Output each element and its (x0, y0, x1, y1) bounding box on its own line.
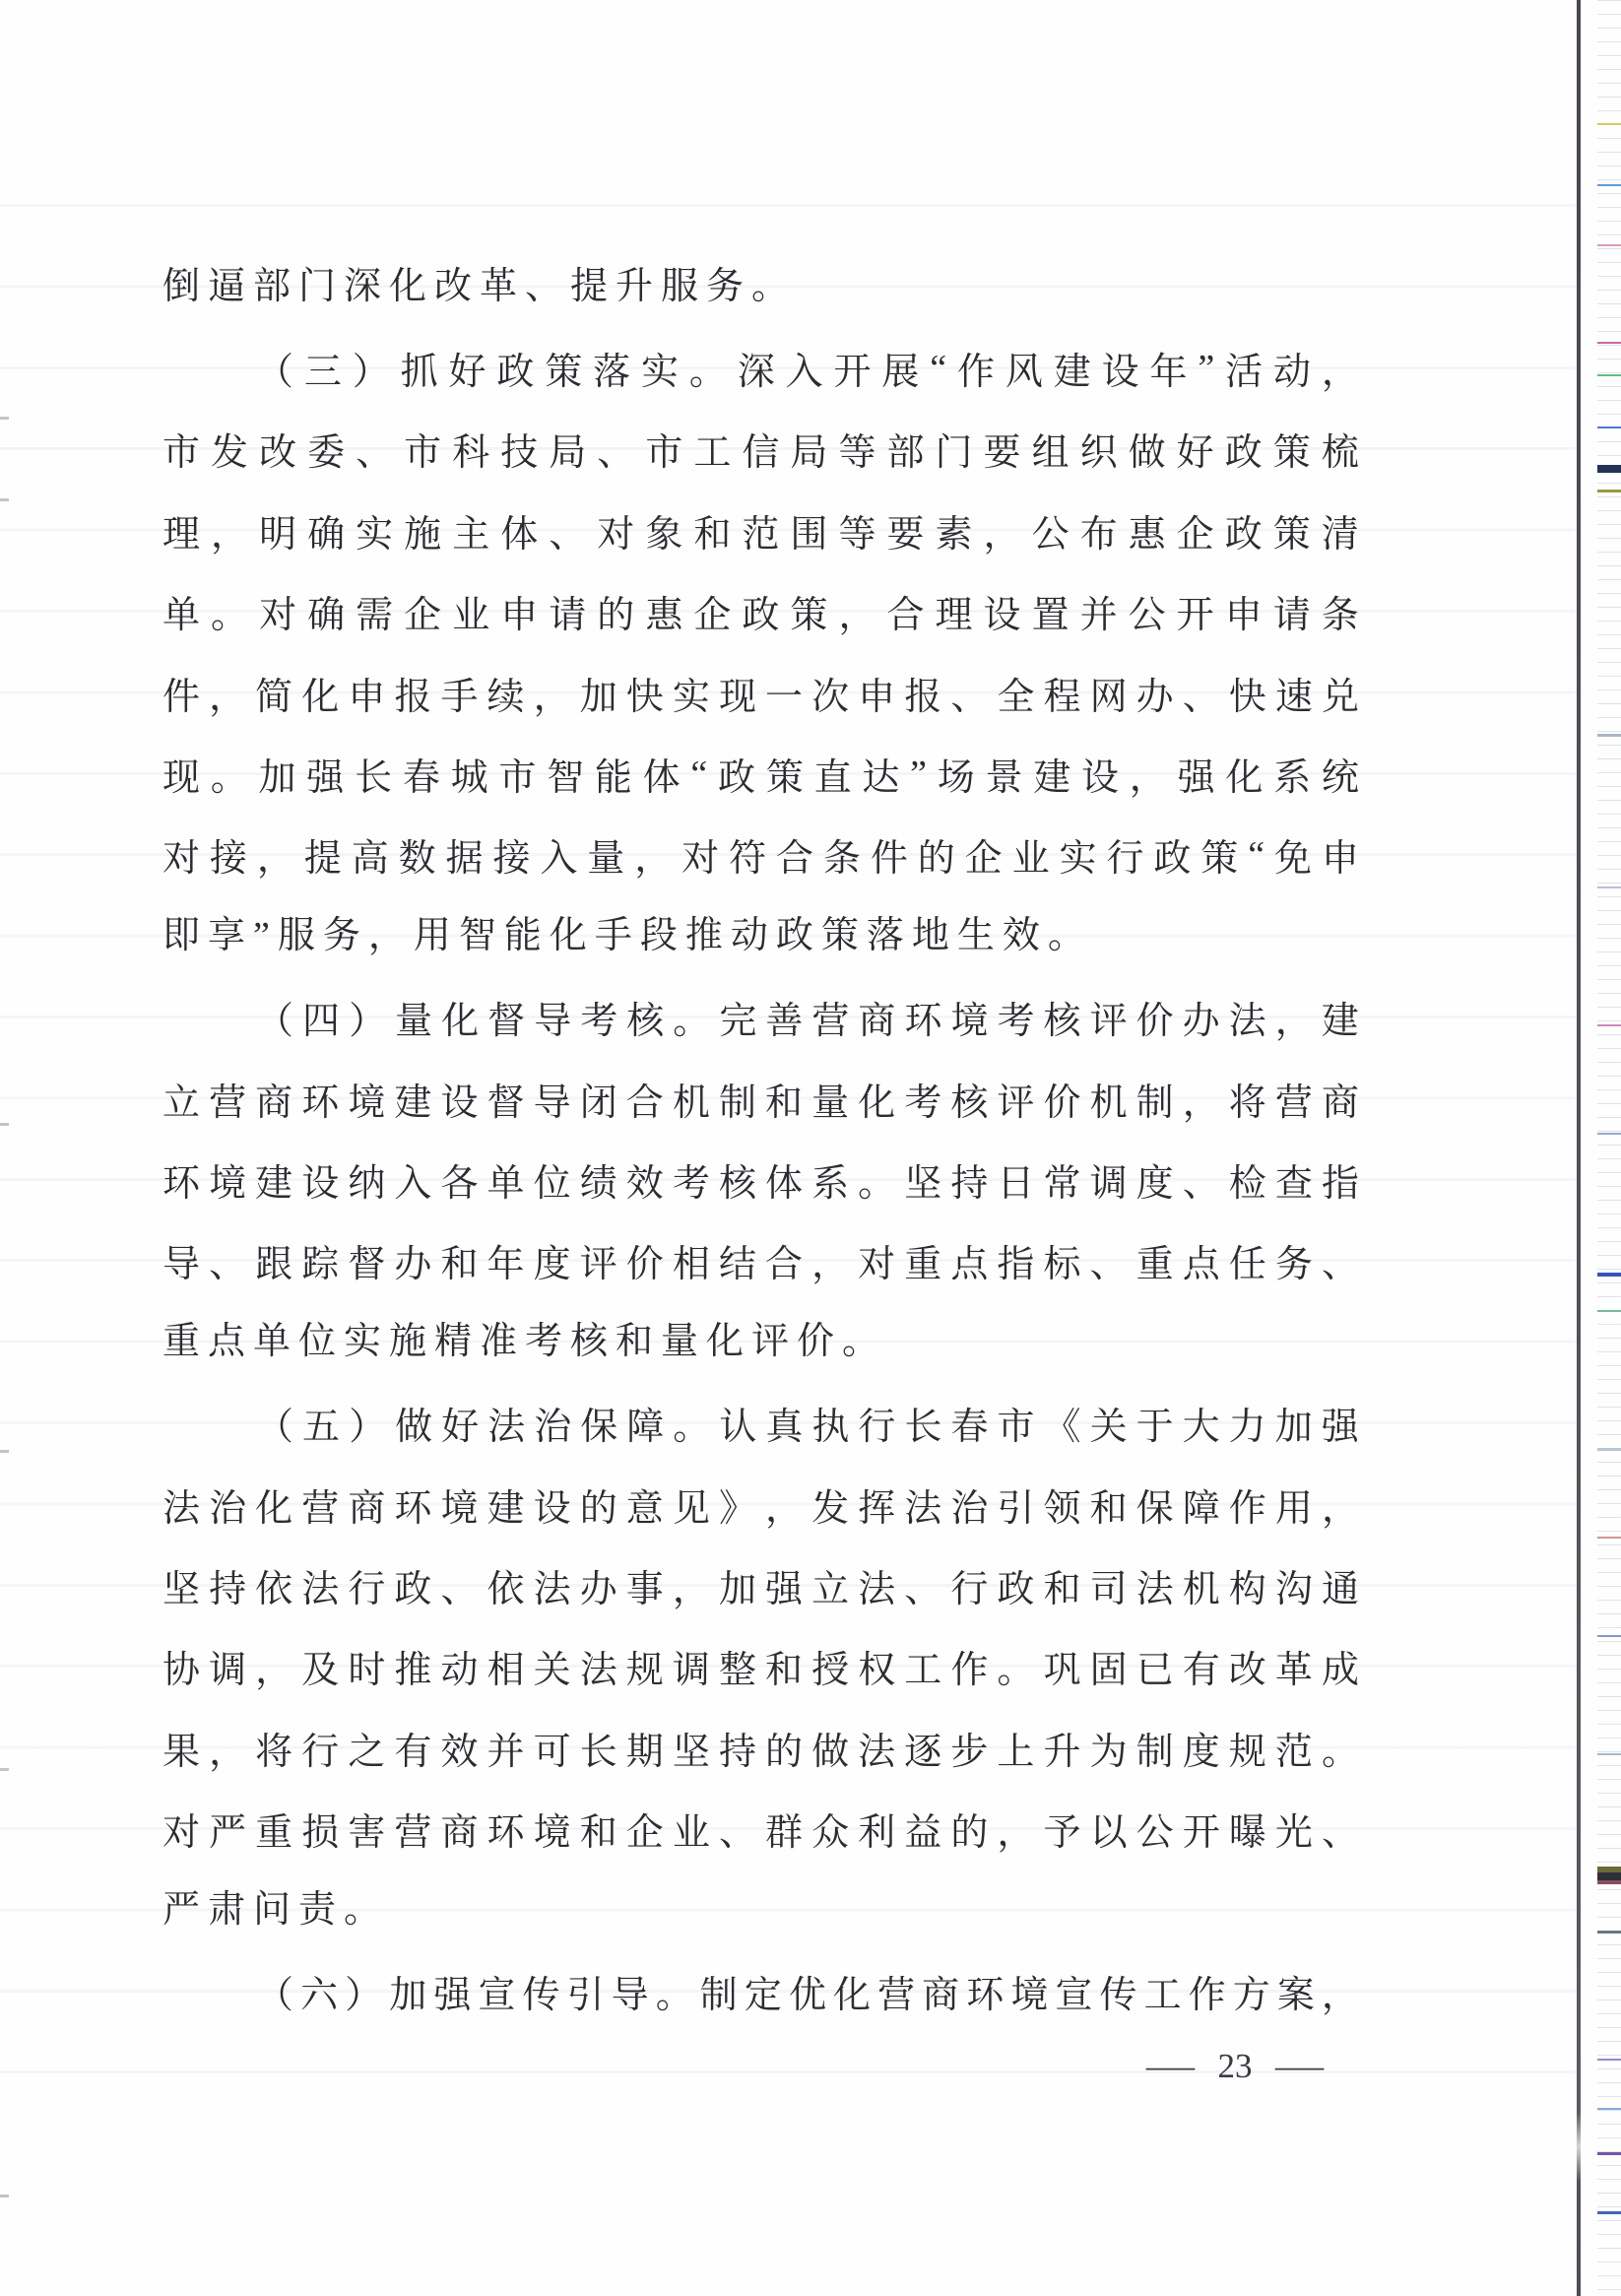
text-char: 指 (1322, 1152, 1359, 1207)
text-char: 境 (440, 1477, 478, 1532)
text-char: 利 (858, 1802, 895, 1856)
text-char: 逐 (904, 1721, 941, 1775)
text-char: 营 (394, 1802, 431, 1856)
text-char: 和 (765, 1639, 803, 1693)
text-char: 坚 (904, 1152, 941, 1207)
text-char: 信 (742, 422, 779, 476)
text-char: 予 (1043, 1802, 1080, 1856)
text-char: 法 (904, 1477, 941, 1532)
text-char: 、 (1183, 666, 1220, 720)
text-char: 强 (1322, 1396, 1359, 1450)
text-line: 理，明确实施主体、对象和范围等要素，公布惠企政策清 (162, 490, 1359, 570)
text-char: 光 (1275, 1802, 1313, 1856)
text-char: 量 (587, 827, 624, 882)
text-char: 单 (487, 1152, 525, 1207)
text-char: 考 (580, 990, 617, 1044)
page-number-value: 23 (1218, 2047, 1253, 2086)
text-char: 制 (1136, 1072, 1174, 1126)
text-char: 。 (656, 1964, 693, 2018)
text-char: 商 (1322, 1072, 1359, 1126)
text-char: 政 (718, 747, 755, 801)
text-char: ， (1130, 747, 1167, 801)
text-char: 和 (765, 1072, 803, 1126)
text-char: 加 (1275, 1396, 1313, 1450)
text-char: 网 (1090, 666, 1128, 720)
text-char: 作 (1229, 1477, 1266, 1532)
text-line: 倒逼部门深化改革、提升服务。 (162, 246, 1359, 327)
text-char: 作 (957, 341, 995, 395)
text-char: 象 (645, 503, 682, 558)
text-char: 明 (259, 503, 296, 558)
text-char: 标 (1043, 1233, 1080, 1287)
text-char: 确 (307, 584, 345, 638)
text-char: 建 (255, 1152, 292, 1207)
text-char: 请 (1273, 584, 1311, 638)
text-char: 跟 (255, 1233, 292, 1287)
text-char: 督 (348, 1233, 385, 1287)
text-char: 全 (997, 666, 1034, 720)
text-char: 度 (534, 1233, 571, 1287)
text-line: 对接，提高数据接入量，对符合条件的企业实行政策“免申 (162, 815, 1359, 895)
text-char: ， (1183, 1072, 1220, 1126)
text-line: 环境建设纳入各单位绩效考核体系。坚持日常调度、检查指 (162, 1139, 1359, 1219)
text-char: ， (673, 1558, 710, 1612)
page-number: — 23 — (1153, 2047, 1317, 2086)
text-char: 。 (673, 990, 710, 1044)
text-char: 申 (348, 666, 385, 720)
text-char: 入 (540, 827, 577, 882)
text-char: 报 (904, 666, 941, 720)
text-char: 环 (904, 990, 941, 1044)
text-char: 传 (522, 1964, 559, 2018)
text-char: 巩 (1043, 1639, 1080, 1693)
text-char: 办 (1136, 666, 1174, 720)
text-char: 。 (1322, 1721, 1359, 1775)
text-char: 体 (643, 747, 681, 801)
text-char: 制 (719, 1072, 756, 1126)
text-char: 做 (1129, 422, 1166, 476)
text-char: 已 (1136, 1639, 1174, 1693)
text-char: 现 (719, 666, 756, 720)
text-char: 法 (1229, 990, 1266, 1044)
text-char: 化 (255, 1477, 292, 1532)
text-char: ， (534, 666, 571, 720)
text-char: 景 (986, 747, 1023, 801)
text-char: 统 (1322, 747, 1359, 801)
text-char: 权 (858, 1639, 895, 1693)
text-char: 申 (500, 584, 538, 638)
text-line: 即享”服务，用智能化手段推动政策落地生效。 (162, 895, 1359, 976)
text-char: 实 (641, 341, 679, 395)
text-char: 传 (1099, 1964, 1136, 2018)
text-char: ， (1322, 1964, 1359, 2018)
text-char: 合 (886, 584, 924, 638)
text-char: 实 (673, 666, 710, 720)
text-char: 围 (790, 503, 827, 558)
text-char: 》 (719, 1477, 756, 1532)
scan-speck (0, 417, 9, 420)
text-char: 企 (626, 1802, 664, 1856)
text-char: ， (811, 1233, 849, 1287)
text-char: 宣 (478, 1964, 515, 2018)
text-char: 推 (394, 1639, 431, 1693)
text-char: 环 (966, 1964, 1004, 2018)
text-line: 严肃问责。 (162, 1870, 1359, 1950)
text-char: 次 (811, 666, 849, 720)
text-char: 度 (1136, 1152, 1174, 1207)
text-char: 商 (348, 1477, 385, 1532)
text-char: 织 (1080, 422, 1118, 476)
text-char: ， (1275, 990, 1313, 1044)
text-char: 市 (498, 747, 536, 801)
text-char: 体 (765, 1152, 803, 1207)
text-char: 依 (487, 1558, 525, 1612)
text-char: 益 (904, 1802, 941, 1856)
text-char: 体 (500, 503, 538, 558)
text-char: 以 (1090, 1802, 1128, 1856)
text-char: 损 (301, 1802, 339, 1856)
text-char: ， (209, 666, 246, 720)
text-char: 构 (1229, 1558, 1266, 1612)
text-char: 作 (1189, 1964, 1226, 2018)
scan-speck (0, 2195, 9, 2198)
text-char: 开 (834, 341, 872, 395)
text-char: 持 (209, 1558, 246, 1612)
text-char: 度 (1183, 1721, 1220, 1775)
text-char: 五 (302, 1396, 340, 1450)
text-char: 上 (997, 1721, 1034, 1775)
text-char: 群 (765, 1802, 803, 1856)
text-char: 行 (950, 1558, 988, 1612)
text-char: 发 (811, 1477, 849, 1532)
text-char: ” (1198, 347, 1214, 390)
text-char: 于 (1136, 1396, 1174, 1450)
text-char: 量 (811, 1072, 849, 1126)
text-char: 革 (1275, 1639, 1313, 1693)
text-char: 工 (693, 422, 731, 476)
text-char: 将 (255, 1721, 292, 1775)
text-char: 。 (211, 747, 248, 801)
text-char: 营 (1275, 1072, 1313, 1126)
text-char: 。 (689, 341, 727, 395)
text-char: 持 (950, 1152, 988, 1207)
text-char: 简 (255, 666, 292, 720)
text-char: 和 (1043, 1558, 1080, 1612)
text-char: ” (910, 753, 927, 796)
scan-speck (0, 1123, 9, 1126)
text-char: 达 (862, 747, 899, 801)
text-char: 业 (673, 1802, 710, 1856)
text-char: 纳 (348, 1152, 385, 1207)
text-char: 动 (1273, 341, 1311, 395)
text-char: 合 (765, 1233, 803, 1287)
text-char: 化 (1225, 747, 1263, 801)
text-char: 调 (209, 1639, 246, 1693)
text-char: 。 (673, 1396, 710, 1450)
text-char: 改 (259, 422, 296, 476)
text-char: 评 (997, 1072, 1034, 1126)
text-char: 、 (1322, 1802, 1359, 1856)
text-char: 办 (580, 1558, 617, 1612)
text-char: 、 (549, 503, 586, 558)
text-char: 挥 (858, 1477, 895, 1532)
text-char: 法 (162, 1477, 200, 1532)
text-char: 固 (1090, 1639, 1128, 1693)
text-char: 抓 (401, 341, 438, 395)
text-char: 业 (1012, 827, 1050, 882)
text-char: 数 (399, 827, 436, 882)
text-char: ， (984, 503, 1021, 558)
text-char: 机 (1090, 1072, 1128, 1126)
text-char: 治 (209, 1477, 246, 1532)
text-char: 提 (304, 827, 342, 882)
text-char: “ (1248, 833, 1264, 877)
text-char: 展 (881, 341, 919, 395)
text-char: 方 (1233, 1964, 1270, 2018)
text-char: 法 (858, 1558, 895, 1612)
text-char: 的 (580, 1477, 617, 1532)
text-char: 优 (789, 1964, 826, 2018)
text-char: 导 (534, 990, 571, 1044)
text-line: 导、跟踪督办和年度评价相结合，对重点指标、重点任务、 (162, 1220, 1359, 1301)
text-char: 、 (597, 422, 634, 476)
text-char: 为 (1090, 1721, 1128, 1775)
scan-speck (0, 1768, 9, 1771)
text-char: 条 (1322, 584, 1359, 638)
text-char: ） (345, 1964, 382, 2018)
text-char: 申 (1225, 584, 1263, 638)
text-char: “ (930, 347, 946, 390)
text-char: 导 (162, 1233, 200, 1287)
text-char: 治 (534, 1396, 571, 1450)
text-char: 立 (811, 1558, 849, 1612)
text-char: 程 (1043, 666, 1080, 720)
text-char: 好 (1177, 422, 1214, 476)
text-char: 。 (858, 1152, 895, 1207)
text-char: 商 (858, 990, 895, 1044)
text-char: 调 (673, 1639, 710, 1693)
text-char: 常 (1043, 1152, 1080, 1207)
text-char: 落 (593, 341, 630, 395)
text-char: 清 (1322, 503, 1359, 558)
text-char: 营 (301, 1477, 339, 1532)
text-char: 、 (440, 1558, 478, 1612)
text-char: 成 (1322, 1639, 1359, 1693)
text-char: 考 (673, 1152, 710, 1207)
text-char: 法 (1136, 1558, 1174, 1612)
text-char: 闭 (580, 1072, 617, 1126)
text-char: 、 (719, 1802, 756, 1856)
text-char: 价 (626, 1233, 664, 1287)
text-char: 行 (858, 1396, 895, 1450)
text-char: 持 (719, 1721, 756, 1775)
text-char: 政 (496, 341, 534, 395)
text-line: （六）加强宣传引导。制定优化营商环境宣传工作方案， (162, 1950, 1359, 2031)
text-char: 境 (534, 1802, 571, 1856)
text-char: 单 (162, 584, 200, 638)
text-char: 入 (394, 1152, 431, 1207)
text-char: 境 (348, 1072, 385, 1126)
text-char: 环 (487, 1802, 525, 1856)
text-char: 、 (209, 1233, 246, 1287)
text-char: 政 (1225, 422, 1263, 476)
text-line: 现。加强长春城市智能体“政策直达”场景建设，强化系统 (162, 733, 1359, 814)
text-char: 续 (487, 666, 525, 720)
text-char: 对 (259, 584, 296, 638)
text-char: 公 (1129, 584, 1166, 638)
text-char: 设 (1102, 341, 1139, 395)
text-char: 评 (580, 1233, 617, 1287)
text-char: 任 (1229, 1233, 1266, 1287)
text-char: 法 (858, 1721, 895, 1775)
text-char: 案 (1277, 1964, 1315, 2018)
text-char: 日 (997, 1152, 1034, 1207)
text-char: 核 (719, 1152, 756, 1207)
text-char: 素 (936, 503, 973, 558)
text-char: 机 (673, 1072, 710, 1126)
text-char: 加 (580, 666, 617, 720)
text-char: 春 (950, 1396, 988, 1450)
text-char: 局 (790, 422, 827, 476)
text-char: 法 (301, 1558, 339, 1612)
text-char: 市 (998, 1396, 1035, 1450)
text-char: 业 (452, 584, 489, 638)
scanned-page: 倒逼部门深化改革、提升服务。（三）抓好政策落实。深入开展“作风建设年”活动，市发… (0, 0, 1621, 2296)
text-char: 有 (1183, 1639, 1220, 1693)
text-char: 完 (719, 990, 756, 1044)
text-char: 引 (567, 1964, 605, 2018)
text-char: 整 (719, 1639, 756, 1693)
text-char: 有 (394, 1721, 431, 1775)
text-char: 设 (301, 1152, 339, 1207)
text-char: 政 (1153, 827, 1191, 882)
text-char: 六 (300, 1964, 338, 2018)
text-char: 对 (858, 1233, 895, 1287)
text-char: 接 (492, 827, 530, 882)
text-char: 重 (904, 1233, 941, 1287)
text-char: 商 (922, 1964, 959, 2018)
text-char: 领 (1043, 1477, 1080, 1532)
text-char: 强 (765, 1558, 803, 1612)
text-char: 并 (1080, 584, 1118, 638)
text-char: 置 (1032, 584, 1070, 638)
text-char: 直 (814, 747, 852, 801)
text-char: 门 (936, 422, 973, 476)
text-char: 核 (1044, 990, 1081, 1044)
text-char: ， (838, 584, 875, 638)
text-char: 的 (918, 827, 955, 882)
text-char: 期 (626, 1721, 664, 1775)
text-char: 和 (693, 503, 731, 558)
text-char: 商 (255, 1072, 292, 1126)
text-char: 理 (936, 584, 973, 638)
text-char: 企 (965, 827, 1003, 882)
text-char: 法 (534, 1558, 571, 1612)
text-char: 惠 (1129, 503, 1166, 558)
text-char: 的 (765, 1721, 803, 1775)
text-char: 办 (1183, 990, 1220, 1044)
text-char: 强 (306, 747, 344, 801)
text-line: 协调，及时推动相关法规调整和授权工作。巩固已有改革成 (162, 1626, 1359, 1707)
text-char: 年 (1149, 341, 1187, 395)
text-char: 设 (440, 1072, 478, 1126)
text-char: 合 (626, 1072, 664, 1126)
text-char: 考 (904, 1072, 941, 1126)
text-char: 和 (440, 1233, 478, 1287)
text-char: 引 (997, 1477, 1034, 1532)
text-char: 、 (950, 666, 988, 720)
text-char: 科 (452, 422, 489, 476)
text-char: （ (256, 1964, 293, 2018)
text-char: 可 (534, 1721, 571, 1775)
text-char: 协 (162, 1639, 200, 1693)
text-char: 布 (1080, 503, 1118, 558)
text-char: 好 (449, 341, 486, 395)
text-char: 对 (162, 1802, 200, 1856)
text-char: 环 (301, 1072, 339, 1126)
text-char: 强 (1178, 747, 1215, 801)
text-char: 公 (1032, 503, 1070, 558)
text-char: 能 (595, 747, 632, 801)
text-char: 时 (348, 1639, 385, 1693)
text-char: 授 (811, 1639, 849, 1693)
text-char: 三 (304, 341, 342, 395)
text-char: 理 (162, 503, 200, 558)
text-char: 快 (626, 666, 664, 720)
text-char: 工 (904, 1639, 941, 1693)
text-char: 化 (301, 666, 339, 720)
text-char: 快 (1229, 666, 1266, 720)
text-char: 效 (626, 1152, 664, 1207)
text-char: 沟 (1275, 1558, 1313, 1612)
text-char: 导 (534, 1072, 571, 1126)
text-char: 市 (404, 422, 441, 476)
text-char: 及 (301, 1639, 339, 1693)
text-char: 行 (348, 1558, 385, 1612)
text-char: 真 (765, 1396, 803, 1450)
text-char: 政 (997, 1558, 1034, 1612)
text-char: 法 (487, 1396, 525, 1450)
text-char: 深 (738, 341, 775, 395)
text-char: 保 (1136, 1477, 1174, 1532)
text-char: 作 (950, 1639, 988, 1693)
text-char: 相 (673, 1233, 710, 1287)
text-char: 范 (1275, 1721, 1313, 1775)
text-char: 需 (356, 584, 393, 638)
text-char: 符 (729, 827, 766, 882)
text-char: 的 (597, 584, 634, 638)
text-char: 核 (950, 1072, 988, 1126)
text-char: 《 (1044, 1396, 1081, 1450)
text-char: 策 (1273, 422, 1311, 476)
text-char: 相 (487, 1639, 525, 1693)
text-char: 建 (487, 1477, 525, 1532)
text-char: 障 (626, 1396, 664, 1450)
text-char: 曝 (1229, 1802, 1266, 1856)
text-char: 调 (1090, 1152, 1128, 1207)
text-char: 策 (545, 341, 582, 395)
text-char: 商 (440, 1802, 478, 1856)
scan-speck (0, 1450, 9, 1453)
text-char: 设 (1081, 747, 1119, 801)
text-char: 长 (355, 747, 392, 801)
text-char: 。 (211, 584, 248, 638)
text-char: 实 (1060, 827, 1097, 882)
text-char: ， (997, 1802, 1034, 1856)
text-char: 依 (255, 1558, 292, 1612)
text-char: 对 (597, 503, 634, 558)
text-char: 策 (1273, 503, 1311, 558)
